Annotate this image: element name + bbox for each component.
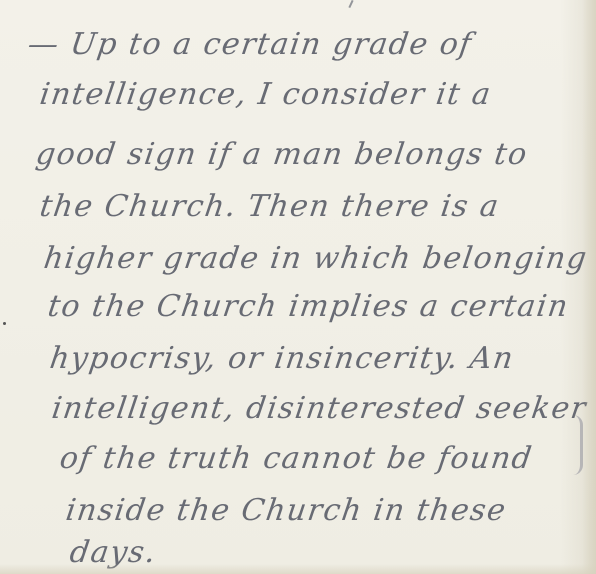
cut-off-stroke-from-previous-line — [348, 0, 353, 8]
page-bottom-edge — [0, 564, 596, 574]
text-line-6: to the Church implies a certain — [46, 292, 571, 322]
text-line-1: — Up to a certain grade of — [26, 30, 474, 60]
text-line-4: the Church. Then there is a — [38, 192, 502, 222]
text-line-7: hypocrisy, or insincerity. An — [48, 344, 516, 374]
margin-dot — [3, 322, 6, 325]
manuscript-page: — Up to a certain grade of intelligence,… — [0, 0, 596, 574]
text-line-5: higher grade in which belonging — [42, 244, 590, 274]
text-line-9: of the truth cannot be found — [58, 444, 535, 474]
text-line-2: intelligence, I consider it a — [38, 80, 494, 110]
text-line-8: intelligent, disinterested seeker — [50, 394, 589, 424]
text-line-10: inside the Church in these — [64, 496, 509, 526]
text-line-3: good sign if a man belongs to — [34, 140, 530, 170]
page-edge-shadow — [582, 0, 596, 574]
